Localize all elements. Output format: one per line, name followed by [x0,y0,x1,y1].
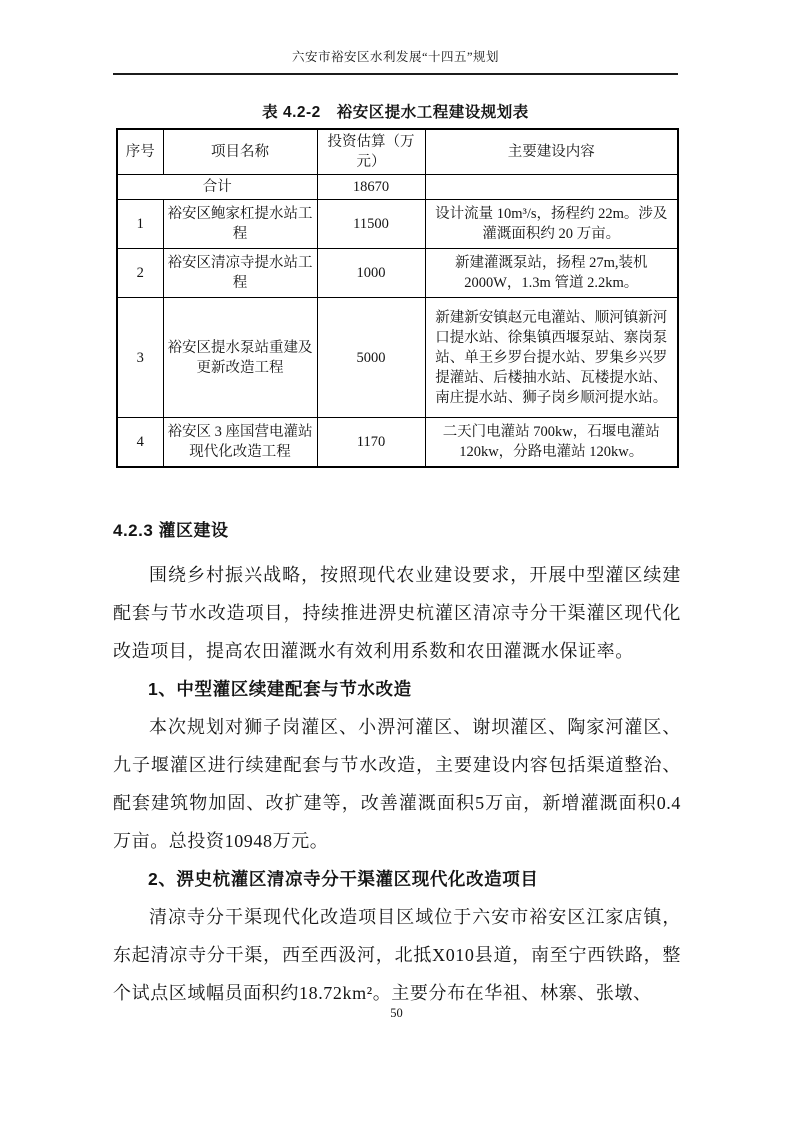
cell-investment: 5000 [317,298,425,418]
table-row: 2 裕安区清凉寺提水站工程 1000 新建灌溉泵站，扬程 27m,装机 2000… [117,249,678,298]
cell-investment: 1000 [317,249,425,298]
table-header-row: 序号 项目名称 投资估算（万元） 主要建设内容 [117,129,678,175]
cell-name: 裕安区 3 座国营电灌站现代化改造工程 [163,418,317,467]
section-body: 围绕乡村振兴战略，按照现代农业建设要求，开展中型灌区续建配套与节水改造项目，持续… [113,556,681,1012]
cell-name: 裕安区清凉寺提水站工程 [163,249,317,298]
cell-investment: 11500 [317,200,425,249]
document-page: 六安市裕安区水利发展“十四五”规划 表 4.2-2 裕安区提水工程建设规划表 序… [0,0,793,1122]
cell-content: 新建新安镇赵元电灌站、顺河镇新河口提水站、徐集镇西堰泵站、寨岗泵站、单王乡罗台提… [425,298,678,418]
paragraph: 围绕乡村振兴战略，按照现代农业建设要求，开展中型灌区续建配套与节水改造项目，持续… [113,556,681,670]
table-row: 3 裕安区提水泵站重建及更新改造工程 5000 新建新安镇赵元电灌站、顺河镇新河… [117,298,678,418]
paragraph: 清凉寺分干渠现代化改造项目区域位于六安市裕安区江家店镇，东起清凉寺分干渠，西至西… [113,898,681,1012]
column-header-investment: 投资估算（万元） [317,129,425,175]
total-content [425,175,678,200]
cell-name: 裕安区鲍家杠提水站工程 [163,200,317,249]
cell-name: 裕安区提水泵站重建及更新改造工程 [163,298,317,418]
cell-investment: 1170 [317,418,425,467]
cell-no: 4 [117,418,163,467]
page-number: 50 [0,1006,793,1021]
cell-no: 1 [117,200,163,249]
cell-content: 二天门电灌站 700kw，石堰电灌站 120kw，分路电灌站 120kw。 [425,418,678,467]
subsection-1-heading: 1、中型灌区续建配套与节水改造 [113,670,681,708]
subsection-2-heading: 2、淠史杭灌区清凉寺分干渠灌区现代化改造项目 [113,860,681,898]
column-header-name: 项目名称 [163,129,317,175]
column-header-no: 序号 [117,129,163,175]
table-row: 1 裕安区鲍家杠提水站工程 11500 设计流量 10m³/s，扬程约 22m。… [117,200,678,249]
plan-table: 序号 项目名称 投资估算（万元） 主要建设内容 合计 18670 1 裕安区鲍家… [116,128,679,468]
cell-no: 2 [117,249,163,298]
cell-content: 新建灌溉泵站，扬程 27m,装机 2000W，1.3m 管道 2.2km。 [425,249,678,298]
cell-no: 3 [117,298,163,418]
total-label: 合计 [117,175,317,200]
cell-content: 设计流量 10m³/s，扬程约 22m。涉及灌溉面积约 20 万亩。 [425,200,678,249]
column-header-content: 主要建设内容 [425,129,678,175]
table-total-row: 合计 18670 [117,175,678,200]
section-heading: 4.2.3 灌区建设 [113,516,678,541]
total-investment: 18670 [317,175,425,200]
table-caption: 表 4.2-2 裕安区提水工程建设规划表 [113,100,678,122]
paragraph: 本次规划对狮子岗灌区、小淠河灌区、谢坝灌区、陶家河灌区、九子堰灌区进行续建配套与… [113,708,681,860]
page-header-title: 六安市裕安区水利发展“十四五”规划 [113,47,678,75]
table-row: 4 裕安区 3 座国营电灌站现代化改造工程 1170 二天门电灌站 700kw，… [117,418,678,467]
